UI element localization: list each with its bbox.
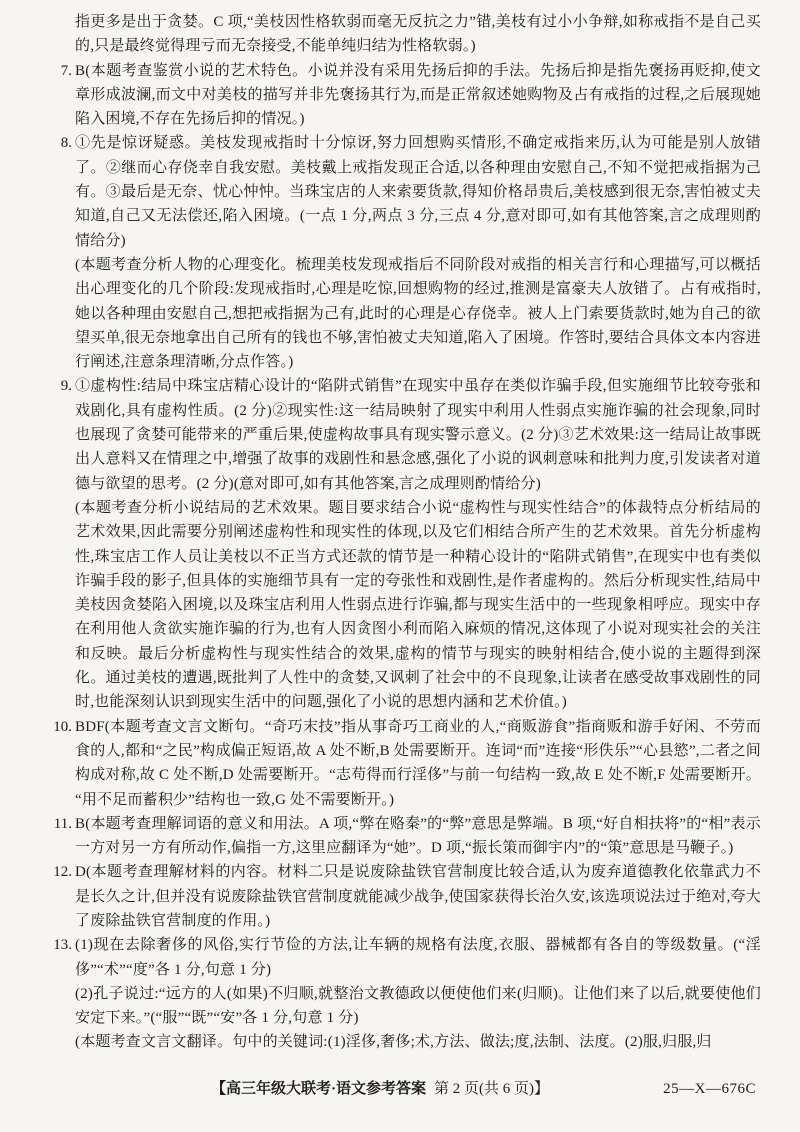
item-text: D(本题考查理解材料的内容。材料二只是说废除盐铁官营制度比较合适,认为废弃道德教… — [75, 864, 761, 929]
paper-code: 25—X—676C — [663, 1076, 756, 1102]
item-text: (本题考查文言文翻译。句中的关键词:(1)淫侈,奢侈;术,方法、做法;度,法制、… — [75, 1034, 712, 1050]
item-text: B(本题考查鉴赏小说的艺术特色。小说并没有采用先扬后抑的手法。先扬后抑是指先褒扬… — [75, 63, 761, 128]
item-number: 7. — [40, 59, 75, 83]
item-number: 11. — [40, 812, 75, 836]
item-text: B(本题考查理解词语的意义和用法。A 项,“弊在赂秦”的“弊”意思是弊端。B 项… — [75, 816, 761, 856]
answer-item-9: 9. ①虚构性:结局中珠宝店精心设计的“陷阱式销售”在现实中虽存在类似诈骗手段,… — [75, 374, 761, 495]
item-text: 指更多是出于贪婪。C 项,“美枝因性格软弱而毫无反抗之力”错,美枝有过小小争辩,… — [75, 14, 761, 54]
answer-item-12: 12. D(本题考查理解材料的内容。材料二只是说废除盐铁官营制度比较合适,认为废… — [75, 860, 761, 933]
item-text: (本题考查分析人物的心理变化。梳理美枝发现戒指后不同阶段对戒指的相关言行和心理描… — [75, 257, 761, 370]
answer-item-8: 8. ①先是惊讶疑惑。美枝发现戒指时十分惊讶,努力回想购买情形,不确定戒指来历,… — [75, 131, 761, 252]
item-text: ①虚构性:结局中珠宝店精心设计的“陷阱式销售”在现实中虽存在类似诈骗手段,但实施… — [75, 378, 761, 491]
item-text: (本题考查分析小说结局的艺术效果。题目要求结合小说“虚构性与现实性结合”的体裁特… — [75, 500, 761, 710]
answer-item-9-explanation: (本题考查分析小说结局的艺术效果。题目要求结合小说“虚构性与现实性结合”的体裁特… — [75, 496, 761, 715]
answer-item-8-explanation: (本题考查分析人物的心理变化。梳理美枝发现戒指后不同阶段对戒指的相关言行和心理描… — [75, 253, 761, 374]
answer-item-13-part1: 13. (1)现在去除奢侈的风俗,实行节俭的方法,让车辆的规格有法度,衣服、器械… — [75, 933, 761, 982]
page-footer: 【高三年级大联考·语文参考答案第 2 页(共 6 页)】 25—X—676C — [0, 1076, 800, 1102]
exam-title: 【高三年级大联考·语文参考答案 — [211, 1081, 426, 1097]
item-6-continuation: 指更多是出于贪婪。C 项,“美枝因性格软弱而毫无反抗之力”错,美枝有过小小争辩,… — [75, 10, 761, 59]
answer-item-13-explanation: (本题考查文言文翻译。句中的关键词:(1)淫侈,奢侈;术,方法、做法;度,法制、… — [75, 1030, 761, 1054]
item-number: 10. — [40, 715, 75, 739]
answer-item-7: 7. B(本题考查鉴赏小说的艺术特色。小说并没有采用先扬后抑的手法。先扬后抑是指… — [75, 59, 761, 132]
item-number: 12. — [40, 860, 75, 884]
answer-item-13-part2: (2)孔子说过:“远方的人(如果)不归顺,就整治文教德政以便使他们来(归顺)。让… — [75, 982, 761, 1031]
scanned-answer-key-page: { "items": [ { "num": "", "text": "指更多是出… — [0, 0, 800, 1132]
answer-key-content: 指更多是出于贪婪。C 项,“美枝因性格软弱而毫无反抗之力”错,美枝有过小小争辩,… — [75, 10, 761, 1055]
item-number: 13. — [40, 933, 75, 957]
answer-item-10: 10. BDF(本题考查文言文断句。“奇巧末技”指从事奇巧工商业的人,“商贩游食… — [75, 715, 761, 812]
item-number: 9. — [40, 374, 75, 398]
footer-title-group: 【高三年级大联考·语文参考答案第 2 页(共 6 页)】 — [0, 1076, 760, 1102]
answer-item-11: 11. B(本题考查理解词语的意义和用法。A 项,“弊在赂秦”的“弊”意思是弊端… — [75, 812, 761, 861]
item-text: BDF(本题考查文言文断句。“奇巧末技”指从事奇巧工商业的人,“商贩游食”指商贩… — [75, 719, 761, 808]
item-text: (1)现在去除奢侈的风俗,实行节俭的方法,让车辆的规格有法度,衣服、器械都有各自… — [75, 937, 761, 977]
item-number: 8. — [40, 131, 75, 155]
item-text: ①先是惊讶疑惑。美枝发现戒指时十分惊讶,努力回想购买情形,不确定戒指来历,认为可… — [75, 135, 761, 248]
page-number: 第 2 页(共 6 页)】 — [434, 1081, 549, 1097]
item-text: (2)孔子说过:“远方的人(如果)不归顺,就整治文教德政以便使他们来(归顺)。让… — [75, 986, 761, 1026]
